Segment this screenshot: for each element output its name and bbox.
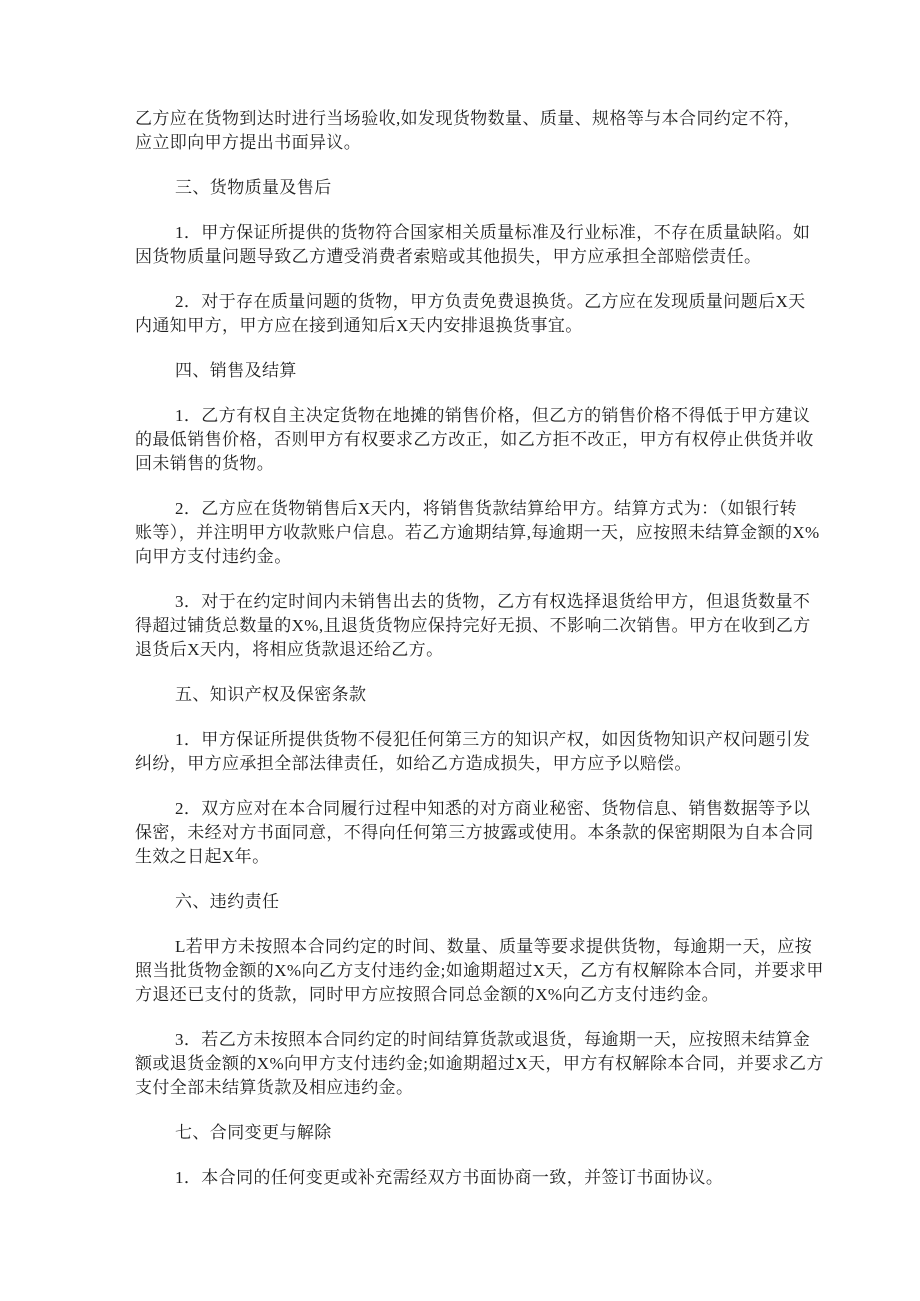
contract-paragraph: 3．对于在约定时间内未销售出去的货物，乙方有权选择退货给甲方，但退货数量不得超过… bbox=[135, 590, 880, 662]
text-line: 生效之日起X年。 bbox=[135, 845, 880, 869]
text-line: 退货后X天内，将相应货款退还给乙方。 bbox=[135, 638, 880, 662]
text-line: 1．甲方保证所提供的货物符合国家相关质量标准及行业标准，不存在质量缺陷。如 bbox=[135, 221, 880, 245]
text-line: 应立即向甲方提出书面异议。 bbox=[135, 131, 880, 155]
text-line: L若甲方未按照本合同约定的时间、数量、质量等要求提供货物，每逾期一天，应按 bbox=[135, 935, 880, 959]
contract-paragraph: 2．乙方应在货物销售后X天内，将销售货款结算给甲方。结算方式为：（如银行转账等）… bbox=[135, 497, 880, 569]
section-heading: 四、销售及结算 bbox=[135, 359, 880, 383]
section-heading: 五、知识产权及保密条款 bbox=[135, 683, 880, 707]
text-line: 2．对于存在质量问题的货物，甲方负责免费退换货。乙方应在发现质量问题后X天 bbox=[135, 290, 880, 314]
text-line: 四、销售及结算 bbox=[135, 359, 880, 383]
text-line: 向甲方支付违约金。 bbox=[135, 545, 880, 569]
contract-paragraph: 1．本合同的任何变更或补充需经双方书面协商一致，并签订书面协议。 bbox=[135, 1166, 880, 1190]
document-page: 乙方应在货物到达时进行当场验收,如发现货物数量、质量、规格等与本合同约定不符，应… bbox=[0, 0, 920, 1301]
section-heading: 三、货物质量及售后 bbox=[135, 176, 880, 200]
text-line: 账等），并注明甲方收款账户信息。若乙方逾期结算,每逾期一天，应按照未结算金额的X… bbox=[135, 521, 880, 545]
section-heading: 六、违约责任 bbox=[135, 890, 880, 914]
text-line: 2．乙方应在货物销售后X天内，将销售货款结算给甲方。结算方式为：（如银行转 bbox=[135, 497, 880, 521]
contract-paragraph: L若甲方未按照本合同约定的时间、数量、质量等要求提供货物，每逾期一天，应按照当批… bbox=[135, 935, 880, 1007]
contract-paragraph: 3．若乙方未按照本合同约定的时间结算货款或退货，每逾期一天，应按照未结算金额或退… bbox=[135, 1028, 880, 1100]
text-line: 1．乙方有权自主决定货物在地摊的销售价格，但乙方的销售价格不得低于甲方建议 bbox=[135, 404, 880, 428]
contract-body: 乙方应在货物到达时进行当场验收,如发现货物数量、质量、规格等与本合同约定不符，应… bbox=[135, 107, 880, 1190]
text-line: 因货物质量问题导致乙方遭受消费者索赔或其他损失，甲方应承担全部赔偿责任。 bbox=[135, 245, 880, 269]
text-line: 三、货物质量及售后 bbox=[135, 176, 880, 200]
text-line: 支付全部未结算货款及相应违约金。 bbox=[135, 1076, 880, 1100]
text-line: 五、知识产权及保密条款 bbox=[135, 683, 880, 707]
text-line: 的最低销售价格，否则甲方有权要求乙方改正，如乙方拒不改正，甲方有权停止供货并收 bbox=[135, 428, 880, 452]
text-line: 2．双方应对在本合同履行过程中知悉的对方商业秘密、货物信息、销售数据等予以 bbox=[135, 797, 880, 821]
text-line: 乙方应在货物到达时进行当场验收,如发现货物数量、质量、规格等与本合同约定不符， bbox=[135, 107, 880, 131]
text-line: 3．若乙方未按照本合同约定的时间结算货款或退货，每逾期一天，应按照未结算金 bbox=[135, 1028, 880, 1052]
text-line: 3．对于在约定时间内未销售出去的货物，乙方有权选择退货给甲方，但退货数量不 bbox=[135, 590, 880, 614]
text-line: 得超过铺货总数量的X%,且退货货物应保持完好无损、不影响二次销售。甲方在收到乙方 bbox=[135, 614, 880, 638]
contract-paragraph: 乙方应在货物到达时进行当场验收,如发现货物数量、质量、规格等与本合同约定不符，应… bbox=[135, 107, 880, 155]
contract-paragraph: 1．甲方保证所提供货物不侵犯任何第三方的知识产权，如因货物知识产权问题引发纠纷，… bbox=[135, 728, 880, 776]
text-line: 内通知甲方，甲方应在接到通知后X天内安排退换货事宜。 bbox=[135, 314, 880, 338]
contract-paragraph: 1．甲方保证所提供的货物符合国家相关质量标准及行业标准，不存在质量缺陷。如因货物… bbox=[135, 221, 880, 269]
text-line: 七、合同变更与解除 bbox=[135, 1121, 880, 1145]
text-line: 纠纷，甲方应承担全部法律责任，如给乙方造成损失，甲方应予以赔偿。 bbox=[135, 752, 880, 776]
text-line: 回未销售的货物。 bbox=[135, 452, 880, 476]
section-heading: 七、合同变更与解除 bbox=[135, 1121, 880, 1145]
text-line: 方退还已支付的货款，同时甲方应按照合同总金额的X%向乙方支付违约金。 bbox=[135, 983, 880, 1007]
contract-paragraph: 1．乙方有权自主决定货物在地摊的销售价格，但乙方的销售价格不得低于甲方建议的最低… bbox=[135, 404, 880, 476]
text-line: 六、违约责任 bbox=[135, 890, 880, 914]
text-line: 额或退货金额的X%向甲方支付违约金;如逾期超过X天，甲方有权解除本合同，并要求乙… bbox=[135, 1052, 880, 1076]
text-line: 1．甲方保证所提供货物不侵犯任何第三方的知识产权，如因货物知识产权问题引发 bbox=[135, 728, 880, 752]
contract-paragraph: 2．双方应对在本合同履行过程中知悉的对方商业秘密、货物信息、销售数据等予以保密，… bbox=[135, 797, 880, 869]
contract-paragraph: 2．对于存在质量问题的货物，甲方负责免费退换货。乙方应在发现质量问题后X天内通知… bbox=[135, 290, 880, 338]
text-line: 照当批货物金额的X%向乙方支付违约金;如逾期超过X天，乙方有权解除本合同，并要求… bbox=[135, 959, 880, 983]
text-line: 保密，未经对方书面同意，不得向任何第三方披露或使用。本条款的保密期限为自本合同 bbox=[135, 821, 880, 845]
text-line: 1．本合同的任何变更或补充需经双方书面协商一致，并签订书面协议。 bbox=[135, 1166, 880, 1190]
